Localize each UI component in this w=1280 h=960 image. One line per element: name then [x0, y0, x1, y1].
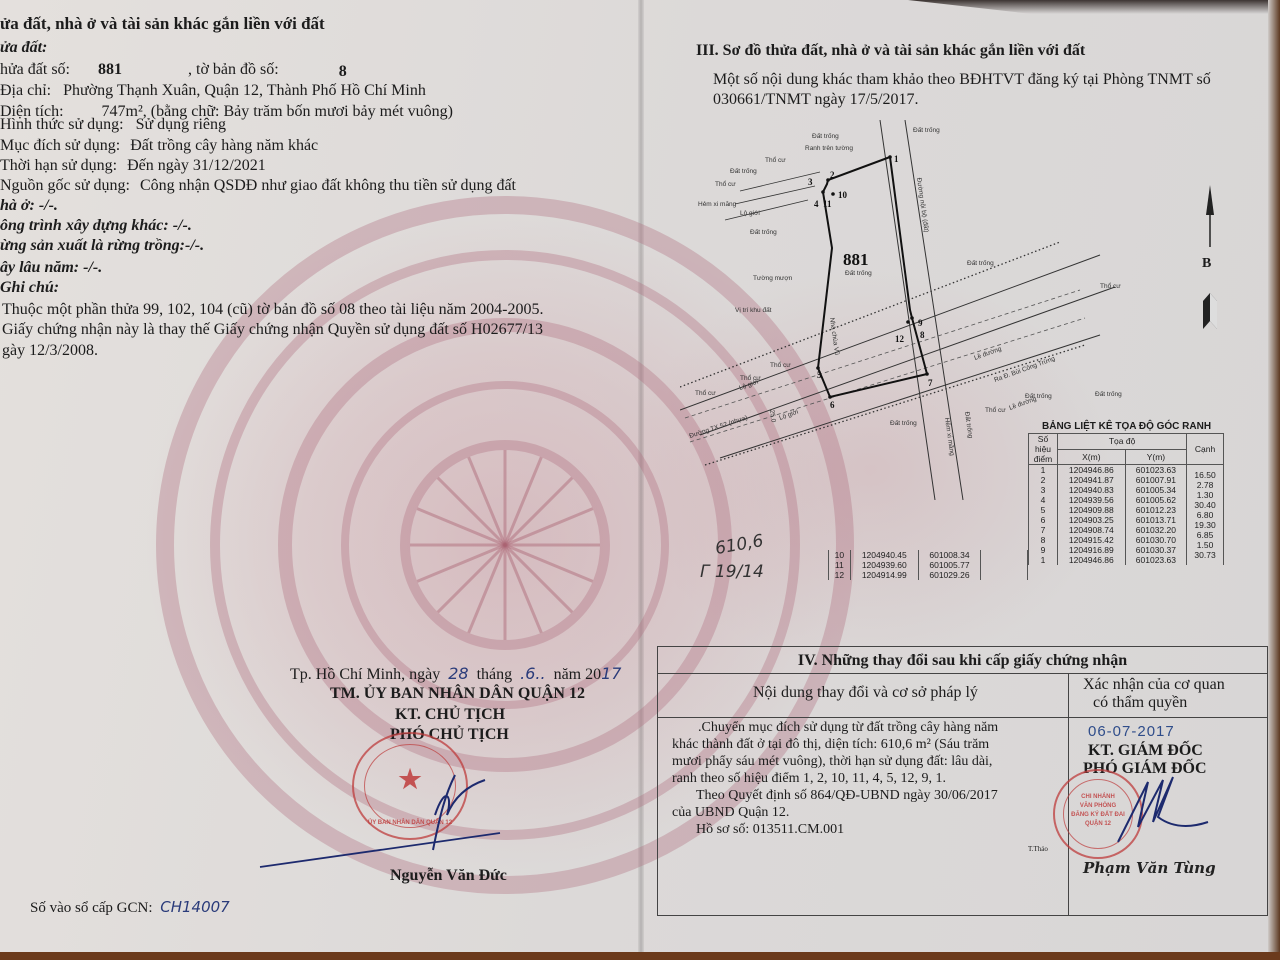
svg-text:5: 5: [817, 370, 822, 380]
address-value: Phường Thạnh Xuân, Quận 12, Thành Phố Hồ…: [63, 82, 426, 99]
section3-title: III. Sơ đồ thửa đất, nhà ở và tài sản kh…: [696, 41, 1085, 61]
change-content-line: của UBND Quận 12.: [658, 804, 998, 821]
svg-text:Ranh trên tường: Ranh trên tường: [805, 145, 853, 152]
edge-cell: [981, 550, 1028, 560]
term-value: Đến ngày 31/12/2021: [127, 157, 266, 174]
map-sheet-label: , tờ bản đồ số:: [188, 61, 279, 78]
handwritten-ref-value: 19/14: [715, 562, 764, 582]
coord-cell: 8: [1029, 535, 1058, 545]
change-content-line: khác thành đất ở tại đô thị, diện tích: …: [658, 736, 998, 753]
register-number: CH14007: [160, 898, 229, 916]
signing-year-label: năm 20: [554, 666, 602, 683]
svg-text:Lộ giới: Lộ giới: [778, 409, 799, 422]
address-label: Địa chỉ:: [0, 82, 51, 99]
signing-month: .6..: [520, 664, 545, 683]
purpose-label: Mục đích sử dụng:: [0, 137, 120, 154]
svg-text:8: 8: [920, 330, 925, 340]
usage-form-row: Hình thức sử dụng: Sử dụng riêng: [0, 115, 226, 135]
svg-text:3: 3: [808, 177, 813, 187]
svg-text:12: 12: [895, 334, 905, 344]
col-point: Số hiệu điểm: [1029, 434, 1058, 465]
perennial-row: ây lâu năm: -/-.: [0, 258, 102, 278]
coord-cell: 1: [1029, 555, 1058, 565]
coord-cell: 601029.26: [918, 570, 980, 580]
svg-text:6: 6: [830, 400, 835, 410]
left-heading: ửa đất, nhà ở và tài sản khác gắn liền v…: [0, 14, 325, 34]
signing-place: Tp. Hồ Chí Minh, ngày: [290, 666, 440, 683]
section3-note-line: 030661/TNMT ngày 17/5/2017.: [713, 90, 918, 110]
svg-text:Đất trống: Đất trống: [812, 131, 839, 140]
svg-text:1: 1: [894, 154, 899, 164]
col-coord: Tọa độ: [1058, 434, 1187, 450]
section4-table: IV. Những thay đổi sau khi cấp giấy chứn…: [657, 646, 1268, 916]
note-line: Giấy chứng nhận này là thay thế Giấy chứ…: [2, 320, 543, 340]
usage-form-value: Sử dụng riêng: [136, 116, 226, 133]
section4-title: IV. Những thay đổi sau khi cấp giấy chứn…: [658, 647, 1267, 674]
coord-cell: 1204916.89: [1058, 545, 1126, 555]
clerk-initials: T.Thảo: [1028, 839, 1048, 859]
coord-row: 11204946.86601023.6330.73: [1029, 555, 1224, 565]
col-confirm-header-2: có thẩm quyền: [1093, 693, 1187, 713]
svg-text:10: 10: [838, 190, 848, 200]
coord-cell: 601023.63: [1125, 465, 1186, 476]
change-content-line: mươi phẩy sáu mét vuông), thời hạn sử dụ…: [658, 753, 998, 770]
parcel-number: 881: [98, 61, 122, 78]
parcel-subheading: ửa đất:: [0, 38, 47, 58]
coord-cell: 1204940.83: [1058, 485, 1126, 495]
svg-text:4: 4: [814, 199, 819, 209]
coord-cell: 1204908.74: [1058, 525, 1126, 535]
section3-note-line: Một số nội dung khác tham khảo theo BĐHT…: [713, 70, 1211, 90]
svg-text:Đất trống: Đất trống: [967, 258, 994, 267]
notes-label: Ghi chú:: [0, 278, 59, 298]
coord-cell: 601030.70: [1125, 535, 1186, 545]
svg-text:2: 2: [830, 170, 835, 180]
coord-cell: 4: [1029, 495, 1058, 505]
svg-text:Đất trống: Đất trống: [750, 227, 777, 236]
coord-cell: 5: [1029, 505, 1058, 515]
handwritten-ref-note: Γ 19/14: [700, 562, 764, 582]
coord-row: 101204940.45601008.34: [829, 550, 1028, 560]
svg-text:Đất trống: Đất trống: [913, 125, 940, 134]
svg-text:Đất trống: Đất trống: [845, 268, 872, 277]
coord-table: Số hiệu điểm Tọa độ Cạnh X(m) Y(m) 11204…: [1028, 433, 1224, 565]
origin-label: Nguồn gốc sử dụng:: [0, 177, 130, 194]
svg-text:Đất trống: Đất trống: [1095, 389, 1122, 398]
planted-forest-row: ừng sản xuất là rừng trồng:-/-.: [0, 236, 204, 256]
col-edge: Cạnh: [1187, 434, 1224, 465]
svg-text:Đất trống: Đất trống: [1025, 391, 1052, 400]
svg-text:Thổ cư: Thổ cư: [985, 406, 1006, 414]
coord-cell: 601007.91: [1125, 475, 1186, 485]
origin-value: Công nhận QSDĐ như giao đất không thu ti…: [140, 177, 516, 194]
svg-text:Thổ cư: Thổ cư: [770, 361, 791, 369]
svg-text:Tường mượn: Tường mượn: [753, 275, 793, 282]
coord-cell: 601032.20: [1125, 525, 1186, 535]
signing-place-date: Tp. Hồ Chí Minh, ngày 28 tháng .6.. năm …: [290, 664, 621, 685]
house-row: hà ở: -/-.: [0, 196, 58, 216]
svg-text:Thổ cư: Thổ cư: [765, 156, 786, 164]
north-label: B: [1202, 254, 1211, 274]
coord-cell: 11: [829, 560, 851, 570]
svg-text:25.0: 25.0: [768, 409, 777, 423]
coord-cell: 1204903.25: [1058, 515, 1126, 525]
coord-cell: 1204941.87: [1058, 475, 1126, 485]
confirm-date: 06-07-2017: [1088, 722, 1175, 742]
signing-day: 28: [448, 664, 468, 683]
coord-cell: 601005.77: [918, 560, 980, 570]
confirm-title-1: KT. GIÁM ĐỐC: [1088, 741, 1203, 761]
coord-cell: 1204946.86: [1058, 555, 1126, 565]
col-y: Y(m): [1125, 449, 1186, 465]
change-content-line: ranh theo số hiệu điểm 1, 2, 10, 11, 4, …: [658, 770, 998, 787]
coord-cell: 601030.37: [1125, 545, 1186, 555]
svg-text:Thổ cư: Thổ cư: [1100, 282, 1121, 290]
change-content: .Chuyển mục đích sử dụng từ đất trồng câ…: [658, 719, 998, 838]
change-content-line: .Chuyển mục đích sử dụng từ đất trồng câ…: [658, 719, 998, 736]
map-sheet-number: 8: [339, 63, 347, 80]
coord-cell: 1204940.45: [850, 550, 918, 560]
svg-text:11: 11: [823, 199, 832, 209]
purpose-value: Đất trồng cây hàng năm khác: [130, 137, 318, 154]
coord-cell: 601012.23: [1125, 505, 1186, 515]
coord-cell: 12: [829, 570, 851, 580]
parcel-number-row: hửa đất số: 881 , tờ bản đồ số: 8: [0, 60, 347, 80]
edge-cell: 30.73: [1187, 555, 1224, 565]
term-label: Thời hạn sử dụng:: [0, 157, 117, 174]
authority-line-2: KT. CHỦ TỊCH: [395, 705, 505, 725]
change-content-line: Theo Quyết định số 864/QĐ-UBND ngày 30/0…: [658, 787, 998, 804]
coord-row: 71204908.74601032.2019.30: [1029, 525, 1224, 535]
coord-cell: 7: [1029, 525, 1058, 535]
coord-cell: 601008.34: [918, 550, 980, 560]
coord-cell: 1204915.42: [1058, 535, 1126, 545]
usage-form-label: Hình thức sử dụng:: [0, 116, 124, 133]
coord-row: 51204909.88601012.2330.40: [1029, 505, 1224, 515]
register-row: Số vào sổ cấp GCN: CH14007: [30, 897, 230, 918]
col-x: X(m): [1058, 449, 1126, 465]
svg-text:Nhà chùa Vũ: Nhà chùa Vũ: [828, 317, 840, 356]
svg-text:881: 881: [843, 250, 869, 269]
change-content-line: Hồ sơ số: 013511.CM.001: [658, 821, 998, 838]
svg-text:Vị trí khu đất: Vị trí khu đất: [735, 305, 772, 314]
coord-cell: 1204909.88: [1058, 505, 1126, 515]
coord-cell: 2: [1029, 475, 1058, 485]
coord-table-extra: 101204940.45601008.34111204939.60601005.…: [828, 550, 1028, 580]
svg-text:Đường TX 52 (nhựa): Đường TX 52 (nhựa): [688, 414, 748, 439]
coord-cell: 10: [829, 550, 851, 560]
edge-cell: [981, 560, 1028, 570]
svg-text:Đất trống: Đất trống: [730, 166, 757, 175]
signing-month-label: tháng: [477, 666, 513, 683]
coord-cell: 1204939.56: [1058, 495, 1126, 505]
coord-cell: 601013.71: [1125, 515, 1186, 525]
coord-row: 81204915.42601030.706.85: [1029, 535, 1224, 545]
coord-cell: 1204946.86: [1058, 465, 1126, 476]
coord-cell: 3: [1029, 485, 1058, 495]
coord-cell: 1204914.99: [850, 570, 918, 580]
term-row: Thời hạn sử dụng: Đến ngày 31/12/2021: [0, 156, 266, 176]
coord-cell: 601005.62: [1125, 495, 1186, 505]
edge-cell: [981, 570, 1028, 580]
svg-text:Đất trống: Đất trống: [963, 411, 976, 439]
confirm-signer: Phạm Văn Tùng: [1083, 859, 1216, 877]
svg-text:Lề đường: Lề đường: [973, 344, 1003, 362]
certificate-paper: ửa đất, nhà ở và tài sản khác gắn liền v…: [0, 0, 1280, 952]
coord-cell: 6: [1029, 515, 1058, 525]
register-label: Số vào sổ cấp GCN:: [30, 900, 153, 916]
note-line: Thuộc một phần thửa 99, 102, 104 (cũ) tờ…: [2, 300, 543, 320]
chairman-signature: [255, 755, 505, 875]
signer-name: Nguyễn Văn Đức: [390, 866, 507, 886]
other-construction-row: ông trình xây dựng khác: -/-.: [0, 216, 192, 236]
coord-row: 31204940.83601005.342.78: [1029, 485, 1224, 495]
coord-cell: 601023.63: [1125, 555, 1186, 565]
svg-text:Đất trống: Đất trống: [890, 418, 917, 427]
signing-year: 17: [601, 664, 621, 683]
confirm-signature: [1098, 772, 1218, 872]
svg-text:Lộ giới: Lộ giới: [740, 210, 760, 217]
svg-text:Hẻm xi măng: Hẻm xi măng: [943, 417, 955, 456]
section4-header-row: Nội dung thay đổi và cơ sở pháp lý Xác n…: [658, 673, 1267, 718]
authority-line-1: TM. ỦY BAN NHÂN DÂN QUẬN 12: [330, 684, 585, 704]
parcel-label: hửa đất số:: [0, 61, 70, 78]
svg-text:Thổ cư: Thổ cư: [715, 180, 736, 188]
coord-cell: 1204939.60: [850, 560, 918, 570]
coord-row: 111204939.60601005.77: [829, 560, 1028, 570]
coord-row: 121204914.99601029.26: [829, 570, 1028, 580]
note-line: gày 12/3/2008.: [2, 341, 98, 361]
coord-cell: 9: [1029, 545, 1058, 555]
col-confirm-header-1: Xác nhận của cơ quan: [1083, 675, 1225, 695]
address-row: Địa chỉ: Phường Thạnh Xuân, Quận 12, Thà…: [0, 81, 426, 101]
svg-text:Thổ cư: Thổ cư: [695, 389, 716, 397]
coord-cell: 601005.34: [1125, 485, 1186, 495]
coord-row: 21204941.87601007.9116.50: [1029, 475, 1224, 485]
coord-cell: 1: [1029, 465, 1058, 476]
col-content-header: Nội dung thay đổi và cơ sở pháp lý: [753, 683, 978, 703]
svg-text:9: 9: [918, 318, 923, 328]
svg-text:Hẻm xi măng: Hẻm xi măng: [698, 201, 737, 208]
svg-text:7: 7: [928, 378, 933, 388]
purpose-row: Mục đích sử dụng: Đất trồng cây hàng năm…: [0, 136, 318, 156]
svg-text:Thổ cư: Thổ cư: [740, 374, 761, 382]
origin-row: Nguồn gốc sử dụng: Công nhận QSDĐ như gi…: [0, 176, 516, 196]
